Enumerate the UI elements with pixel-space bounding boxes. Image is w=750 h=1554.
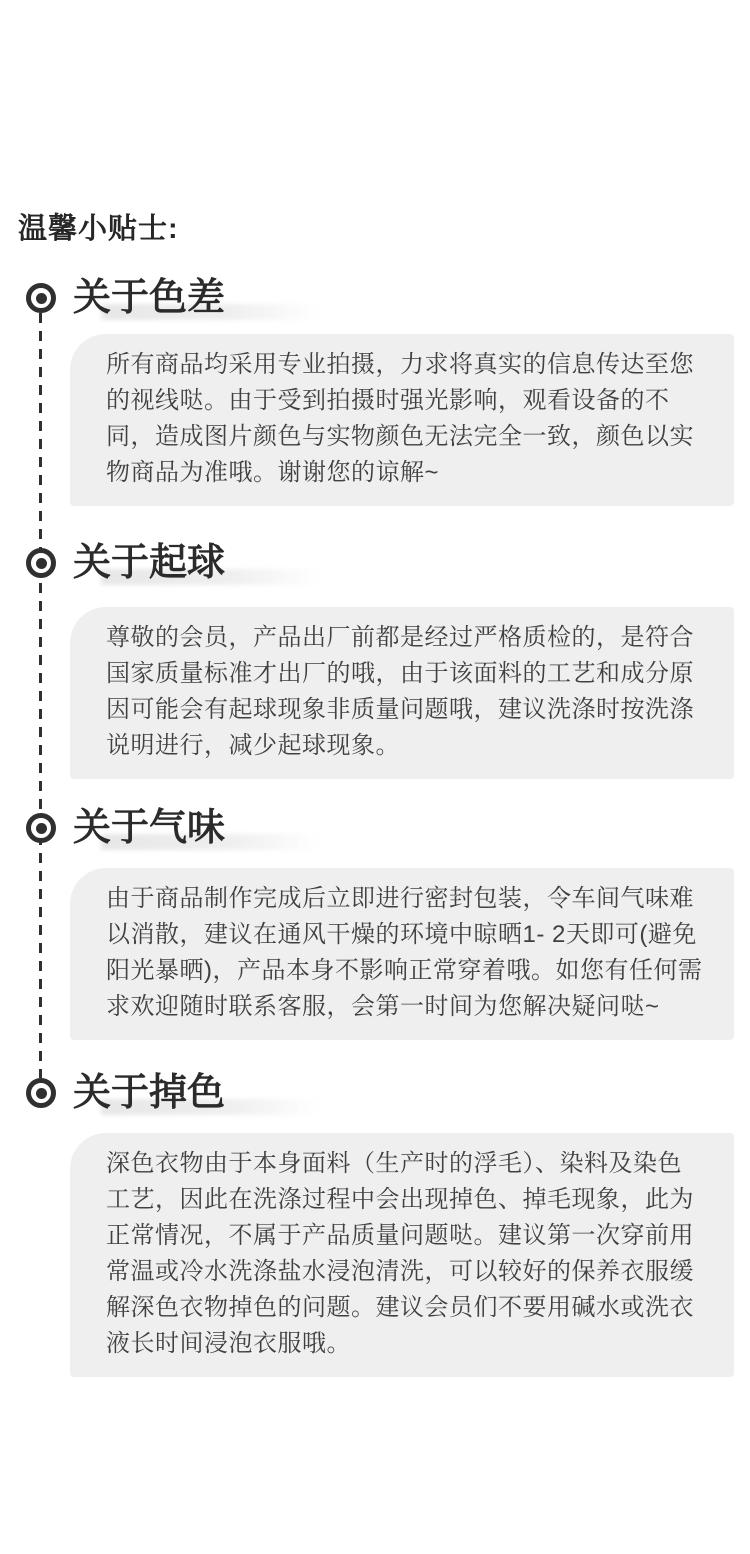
section-head-fading: 关于掉色 [0,1073,225,1113]
target-dot-bullet-icon [26,283,56,313]
section-title: 关于掉色 [73,1073,225,1113]
section-title: 关于起球 [73,543,225,583]
section-title: 关于色差 [73,278,225,318]
target-dot-bullet-icon [26,1078,56,1108]
target-dot-bullet-icon [26,813,56,843]
section-head-odor: 关于气味 [0,808,225,848]
timeline-dashed-line [39,313,42,1078]
tip-box-odor: 由于商品制作完成后立即进行密封包装，令车间气味难以消散，建议在通风干燥的环境中晾… [70,868,734,1040]
tip-box-color-difference: 所有商品均采用专业拍摄，力求将真实的信息传达至您的视线哒。由于受到拍摄时强光影响… [70,334,734,506]
tip-box-pilling: 尊敬的会员，产品出厂前都是经过严格质检的，是符合国家质量标准才出厂的哦，由于该面… [70,607,734,779]
section-title: 关于气味 [73,808,225,848]
tips-page: 温馨小贴士: 关于色差 所有商品均采用专业拍摄，力求将真实的信息传达至您的视线哒… [0,0,750,1554]
target-dot-bullet-icon [26,548,56,578]
tip-box-fading: 深色衣物由于本身面料（生产时的浮毛）、染料及染色工艺，因此在洗涤过程中会出现掉色… [70,1133,734,1377]
section-head-pilling: 关于起球 [0,543,225,583]
section-head-color-difference: 关于色差 [0,278,225,318]
page-title: 温馨小贴士: [18,206,179,247]
